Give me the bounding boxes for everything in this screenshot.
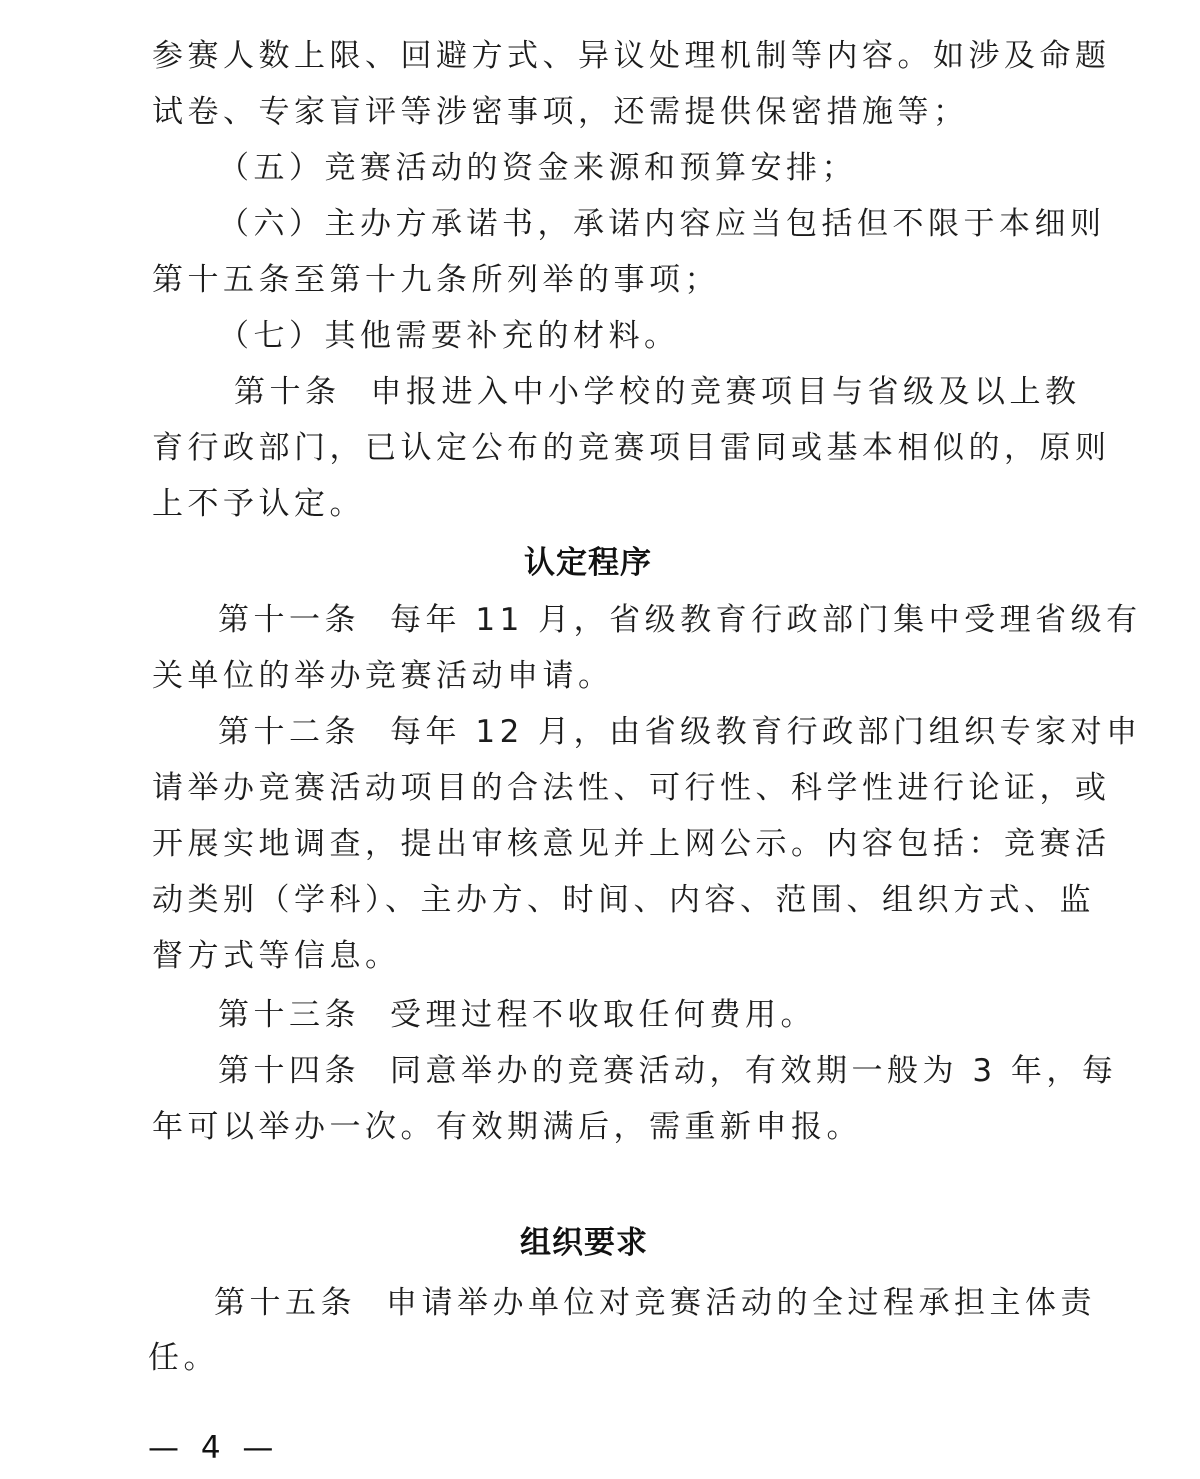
article-text: 申请举办单位对竞赛活动的全过程承担主体责 [386, 1285, 1096, 1321]
section-heading-organization: 组织要求 [0, 1223, 1184, 1263]
text-line: 育行政部门，已认定公布的竞赛项目雷同或基本相似的，原则 [152, 428, 1111, 468]
article-label: 第十五条 [214, 1283, 356, 1323]
list-item-5: （五）竞赛活动的资金来源和预算安排； [218, 148, 857, 188]
section-heading-certification: 认定程序 [0, 543, 1188, 583]
article-text: 申报进入中小学校的竞赛项目与省级及以上教 [371, 374, 1081, 410]
article-text: 同意举办的竞赛活动，有效期一般为 3 年，每 [390, 1053, 1117, 1089]
article-15: 第十五条申请举办单位对竞赛活动的全过程承担主体责 [214, 1283, 1096, 1323]
text-line: 关单位的举办竞赛活动申请。 [152, 656, 614, 696]
article-label: 第十二条 [218, 712, 360, 752]
article-10: 第十条申报进入中小学校的竞赛项目与省级及以上教 [234, 372, 1081, 412]
text-line: 第十五条至第十九条所列举的事项； [152, 260, 720, 300]
article-label: 第十一条 [218, 600, 360, 640]
page-number: — 4 — [148, 1428, 279, 1468]
article-text: 每年 11 月，省级教育行政部门集中受理省级有 [390, 602, 1142, 638]
article-label: 第十条 [234, 372, 341, 412]
article-text: 每年 12 月，由省级教育行政部门组织专家对申 [390, 714, 1142, 750]
list-item-7: （七）其他需要补充的材料。 [218, 316, 680, 356]
article-14: 第十四条同意举办的竞赛活动，有效期一般为 3 年，每 [218, 1051, 1117, 1091]
text-line: 开展实地调查，提出审核意见并上网公示。内容包括：竞赛活 [152, 824, 1111, 864]
article-13: 第十三条受理过程不收取任何费用。 [218, 995, 816, 1035]
text-line: 督方式等信息。 [152, 936, 401, 976]
article-text: 受理过程不收取任何费用。 [390, 997, 816, 1033]
text-line: 任。 [148, 1338, 219, 1378]
text-line: 试卷、专家盲评等涉密事项，还需提供保密措施等； [152, 92, 969, 132]
text-line: 年可以举办一次。有效期满后，需重新申报。 [152, 1107, 862, 1147]
text-line: 动类别（学科）、主办方、时间、内容、范围、组织方式、监 [152, 880, 1095, 920]
text-line: 请举办竞赛活动项目的合法性、可行性、科学性进行论证，或 [152, 768, 1111, 808]
list-item-6: （六）主办方承诺书，承诺内容应当包括但不限于本细则 [218, 204, 1106, 244]
article-label: 第十三条 [218, 995, 360, 1035]
text-line: 上不予认定。 [152, 484, 365, 524]
document-page: 参赛人数上限、回避方式、异议处理机制等内容。如涉及命题 试卷、专家盲评等涉密事项… [0, 0, 1200, 1479]
article-11: 第十一条每年 11 月，省级教育行政部门集中受理省级有 [218, 600, 1142, 640]
text-line: 参赛人数上限、回避方式、异议处理机制等内容。如涉及命题 [152, 36, 1111, 76]
article-label: 第十四条 [218, 1051, 360, 1091]
article-12: 第十二条每年 12 月，由省级教育行政部门组织专家对申 [218, 712, 1142, 752]
